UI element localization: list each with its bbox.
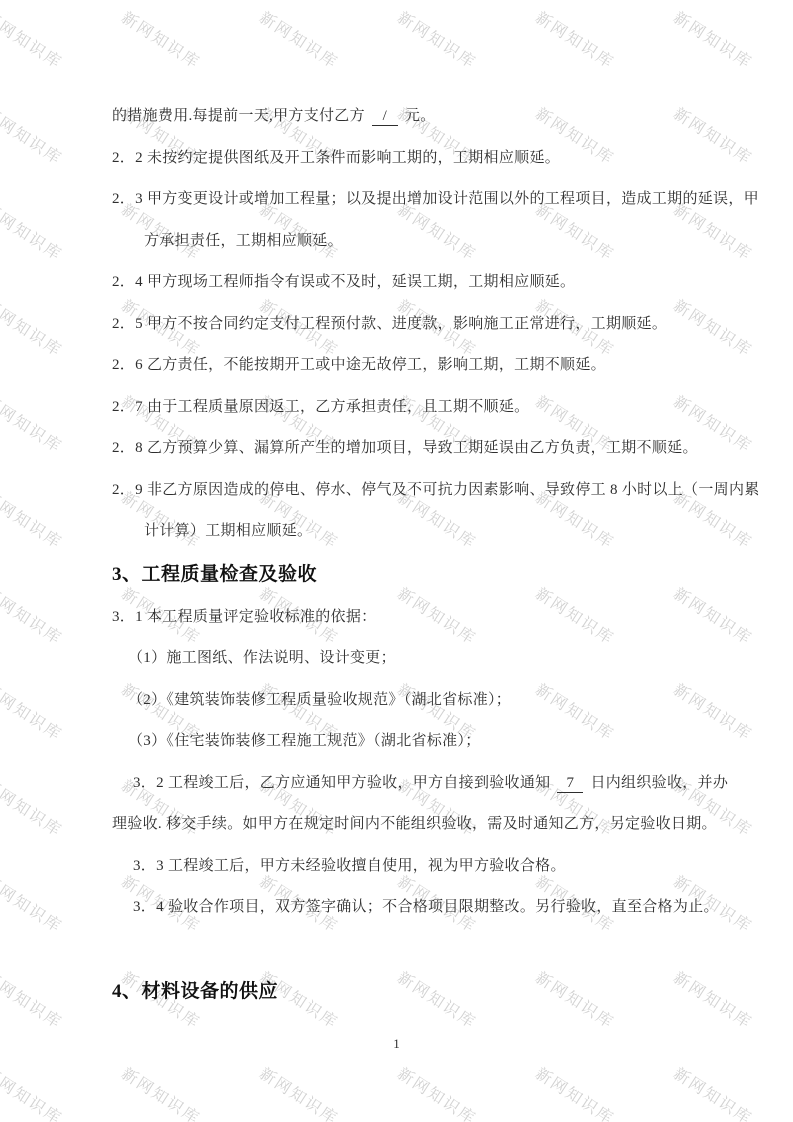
underlined-blank: 7: [557, 775, 583, 793]
line-text: 3．2 工程竣工后，乙方应通知甲方验收，甲方自接到验收通知: [133, 775, 550, 791]
line-text: 2．2 未按约定提供图纸及开工条件而影响工期的，工期相应顺延。: [112, 150, 560, 166]
watermark-text: 新网知识库: [0, 197, 67, 265]
watermark-text: 新网知识库: [0, 965, 67, 1033]
document-line: （1）施工图纸、作法说明、设计变更；: [112, 638, 760, 680]
line-text: 2．3 甲方变更设计或增加工程量；以及提出增加设计范围以外的工程项目，造成工期的…: [112, 191, 759, 207]
section-heading: 4、材料设备的供应: [112, 970, 760, 1014]
watermark-text: 新网知识库: [117, 5, 205, 73]
line-text: 2．5 甲方不按合同约定支付工程预付款、进度款，影响施工正常进行，工期顺延。: [112, 316, 667, 332]
watermark-text: 新网知识库: [0, 677, 67, 745]
line-text: 日内组织验收，并办: [590, 775, 728, 791]
line-text: 2．9 非乙方原因造成的停电、停水、停气及不可抗力因素影响、导致停工 8 小时以…: [112, 482, 760, 498]
page-number: 1: [0, 1036, 793, 1052]
line-text: 2．4 甲方现场工程师指令有误或不及时，延误工期，工期相应顺延。: [112, 274, 575, 290]
underlined-blank: /: [372, 108, 398, 126]
line-text: 2．6 乙方责任，不能按期开工或中途无故停工，影响工期，工期不顺延。: [112, 357, 606, 373]
watermark-text: 新网知识库: [255, 1061, 343, 1122]
line-text: 3．1 本工程质量评定验收标准的依据：: [112, 609, 376, 625]
document-line: 3．2 工程竣工后，乙方应通知甲方验收，甲方自接到验收通知7日内组织验收，并办: [112, 763, 760, 805]
line-text: 计计算）工期相应顺延。: [144, 523, 312, 539]
document-line: （2）《建筑装饰装修工程质量验收规范》（湖北省标准）；: [112, 680, 760, 722]
line-text: 2．8 乙方预算少算、漏算所产生的增加项目，导致工期延误由乙方负责，工期不顺延。: [112, 440, 698, 456]
line-text: 3．3 工程竣工后，甲方未经验收擅自使用，视为甲方验收合格。: [133, 858, 566, 874]
document-body: 的措施费用.每提前一天,甲方支付乙方/元。2．2 未按约定提供图纸及开工条件而影…: [112, 96, 760, 1014]
watermark-text: 新网知识库: [393, 5, 481, 73]
document-line: 2．4 甲方现场工程师指令有误或不及时，延误工期，工期相应顺延。: [112, 262, 760, 304]
watermark-text: 新网知识库: [117, 1061, 205, 1122]
section-heading: 3、工程质量检查及验收: [112, 553, 760, 597]
line-text: 2．7 由于工程质量原因返工，乙方承担责任，且工期不顺延。: [112, 399, 529, 415]
watermark-text: 新网知识库: [255, 5, 343, 73]
watermark-text: 新网知识库: [531, 5, 619, 73]
document-line: 2．3 甲方变更设计或增加工程量；以及提出增加设计范围以外的工程项目，造成工期的…: [112, 179, 760, 221]
document-line: 2．6 乙方责任，不能按期开工或中途无故停工，影响工期，工期不顺延。: [112, 345, 760, 387]
line-text: （2）《建筑装饰装修工程质量验收规范》（湖北省标准）；: [128, 692, 511, 708]
document-line: 计计算）工期相应顺延。: [112, 511, 760, 553]
document-line: 理验收. 移交手续。如甲方在规定时间内不能组织验收，需及时通知乙方，另定验收日期…: [112, 804, 760, 846]
watermark-text: 新网知识库: [0, 869, 67, 937]
watermark-text: 新网知识库: [531, 1061, 619, 1122]
watermark-text: 新网知识库: [0, 581, 67, 649]
watermark-text: 新网知识库: [669, 5, 757, 73]
line-text: 理验收. 移交手续。如甲方在规定时间内不能组织验收，需及时通知乙方，另定验收日期…: [112, 816, 717, 832]
line-text: 方承担责任，工期相应顺延。: [144, 233, 343, 249]
document-line: 2．2 未按约定提供图纸及开工条件而影响工期的，工期相应顺延。: [112, 138, 760, 180]
document-page: 新网知识库新网知识库新网知识库新网知识库新网知识库新网知识库新网知识库新网知识库…: [0, 0, 793, 1122]
line-text: （3）《住宅装饰装修工程施工规范》（湖北省标准）；: [128, 733, 481, 749]
watermark-text: 新网知识库: [393, 1061, 481, 1122]
line-text: 3．4 验收合作项目，双方签字确认；不合格项目限期整改。另行验收，直至合格为止。: [133, 899, 719, 915]
line-text: 元。: [405, 108, 436, 124]
document-line: 3．4 验收合作项目，双方签字确认；不合格项目限期整改。另行验收，直至合格为止。: [112, 887, 760, 929]
document-line: 2．7 由于工程质量原因返工，乙方承担责任，且工期不顺延。: [112, 387, 760, 429]
watermark-text: 新网知识库: [0, 389, 67, 457]
line-text: 3、工程质量检查及验收: [112, 564, 317, 585]
line-text: 4、材料设备的供应: [112, 981, 278, 1002]
line-text: （1）施工图纸、作法说明、设计变更；: [128, 650, 396, 666]
document-line: 方承担责任，工期相应顺延。: [112, 221, 760, 263]
document-line: 的措施费用.每提前一天,甲方支付乙方/元。: [112, 96, 760, 138]
watermark-text: 新网知识库: [0, 485, 67, 553]
document-line: 2．5 甲方不按合同约定支付工程预付款、进度款，影响施工正常进行，工期顺延。: [112, 304, 760, 346]
watermark-text: 新网知识库: [0, 5, 67, 73]
document-line: 2．9 非乙方原因造成的停电、停水、停气及不可抗力因素影响、导致停工 8 小时以…: [112, 470, 760, 512]
watermark-text: 新网知识库: [0, 101, 67, 169]
document-line: （3）《住宅装饰装修工程施工规范》（湖北省标准）；: [112, 721, 760, 763]
line-text: 的措施费用.每提前一天,甲方支付乙方: [112, 108, 365, 124]
watermark-text: 新网知识库: [0, 773, 67, 841]
watermark-text: 新网知识库: [0, 1061, 67, 1122]
watermark-text: 新网知识库: [0, 293, 67, 361]
document-line: 2．8 乙方预算少算、漏算所产生的增加项目，导致工期延误由乙方负责，工期不顺延。: [112, 428, 760, 470]
document-line: 3．1 本工程质量评定验收标准的依据：: [112, 597, 760, 639]
document-line: 3．3 工程竣工后，甲方未经验收擅自使用，视为甲方验收合格。: [112, 846, 760, 888]
watermark-text: 新网知识库: [669, 1061, 757, 1122]
